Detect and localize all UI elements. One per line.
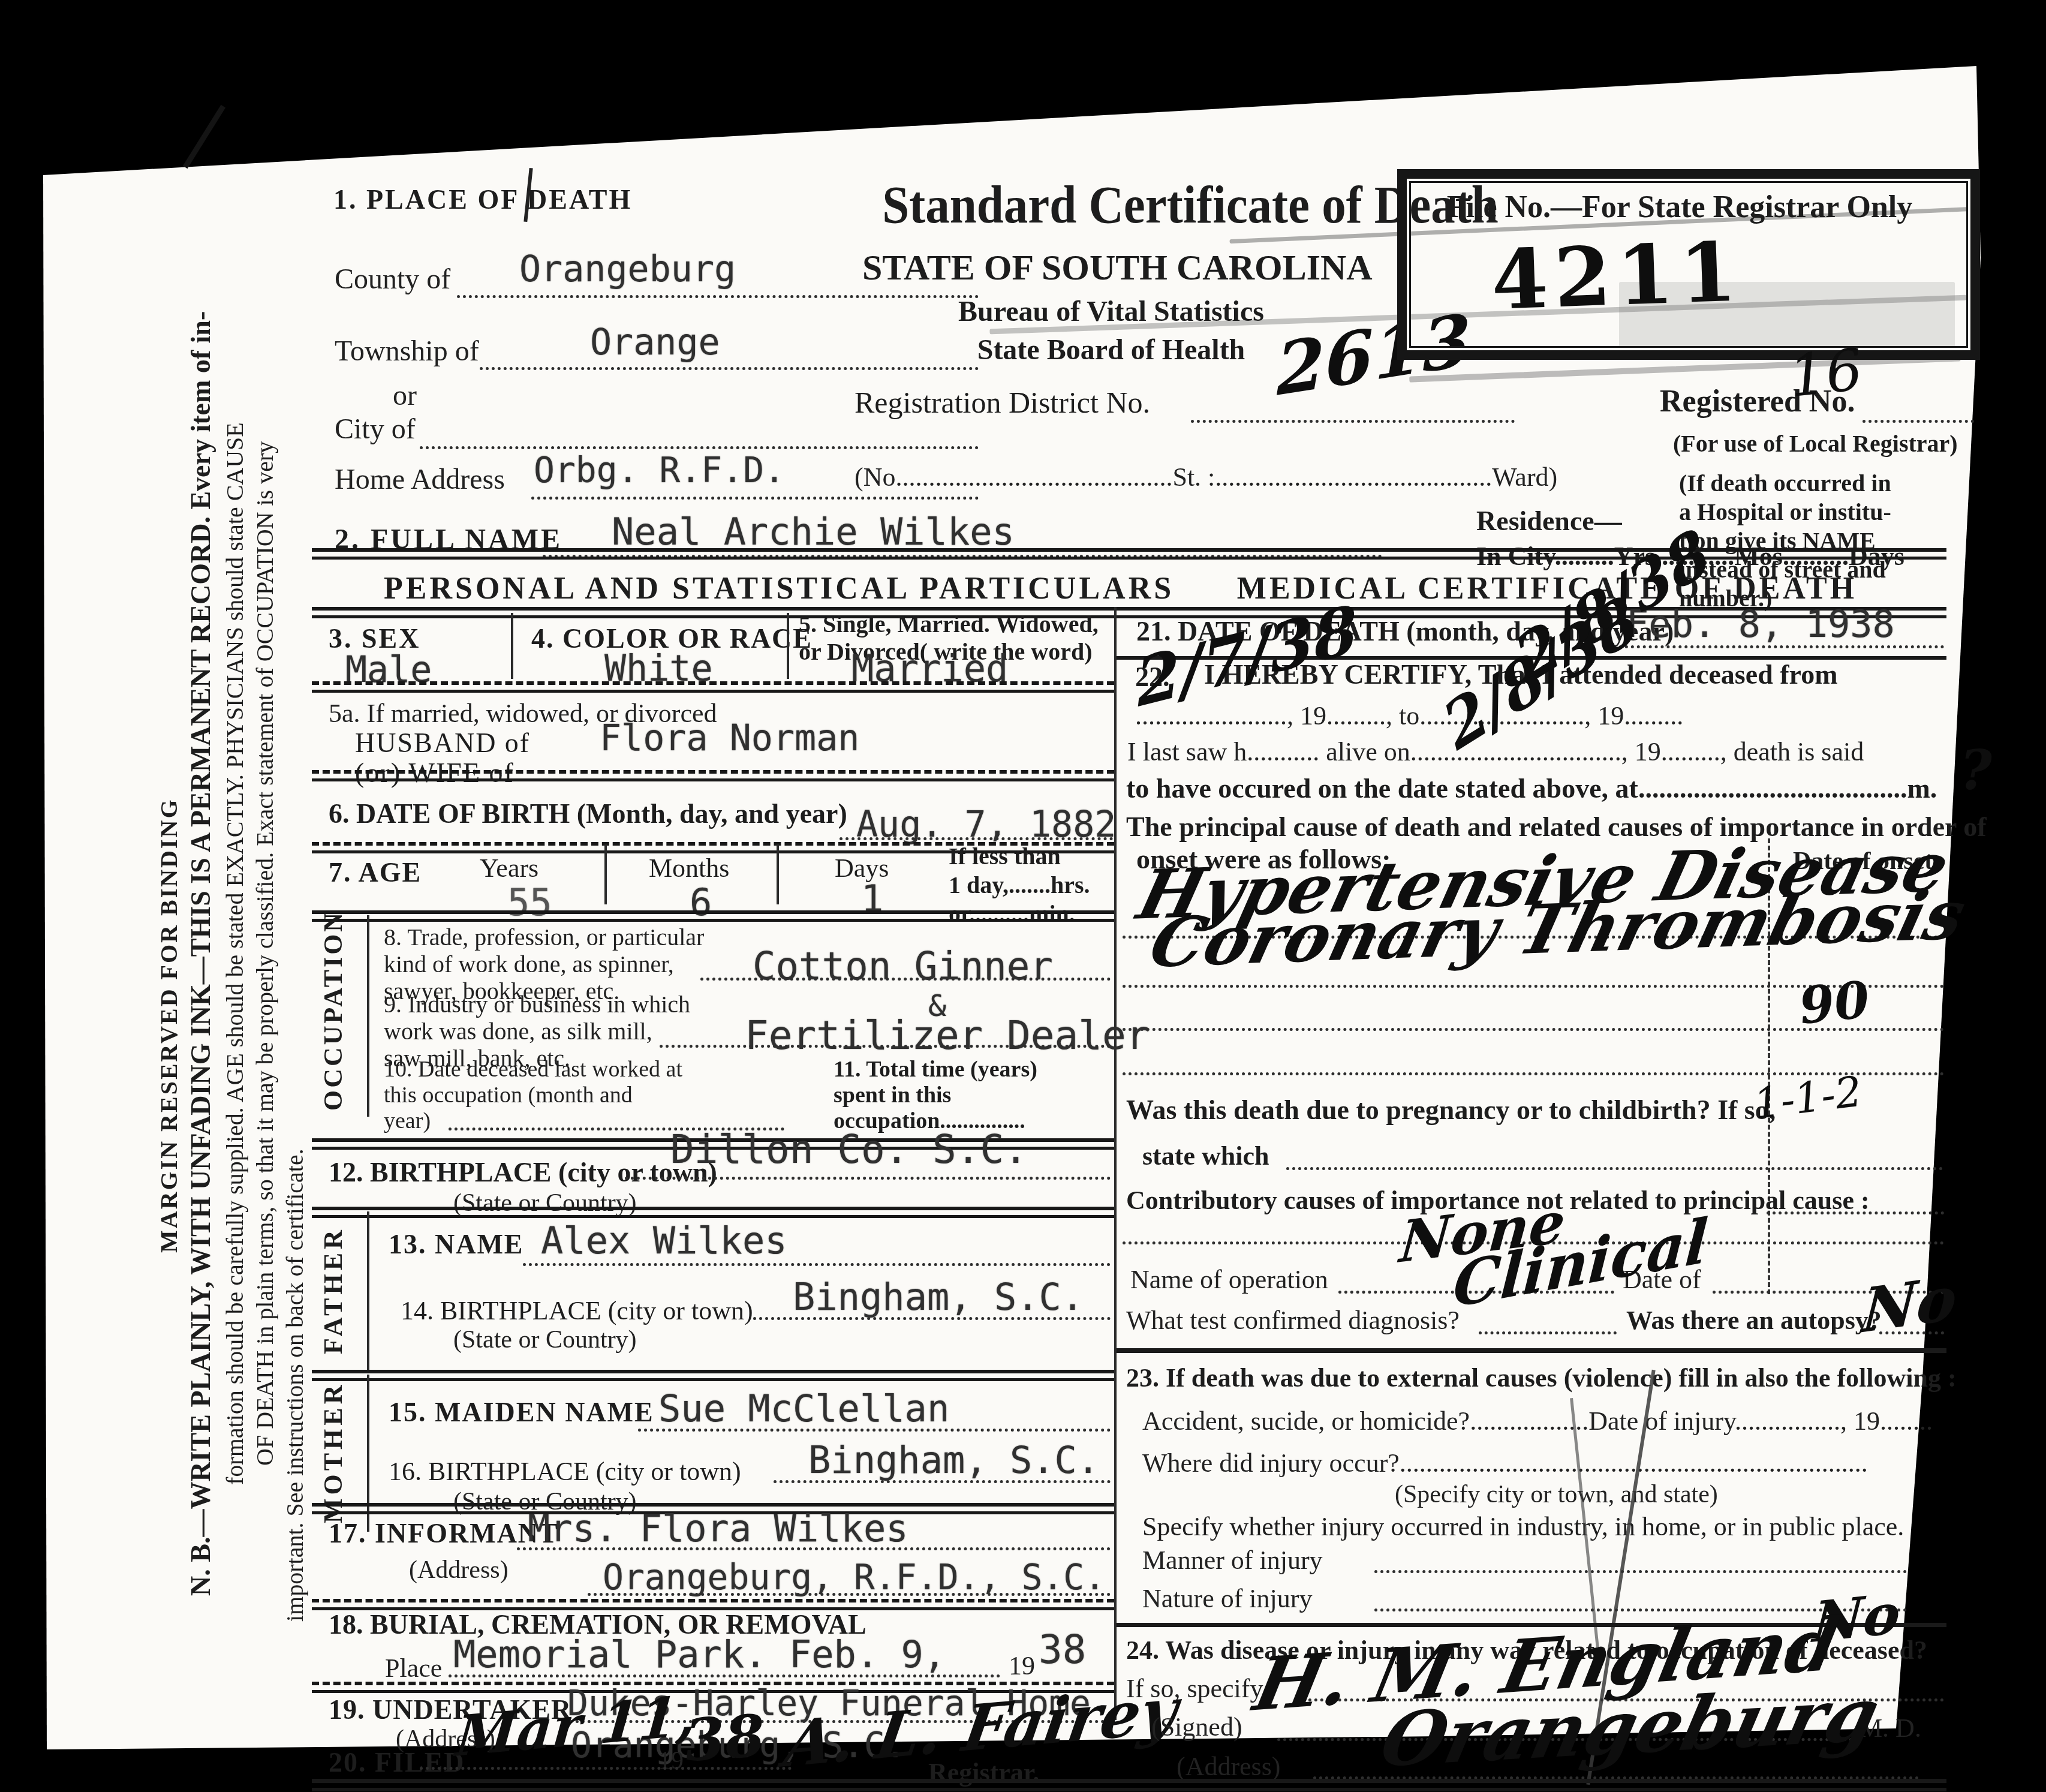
father-bp-sub: (State or Country) xyxy=(453,1325,637,1354)
filed-year-pre: 19 xyxy=(658,1746,684,1775)
county-label: County of xyxy=(335,263,450,296)
margin-note-line4: important. See instructions on back of c… xyxy=(281,1014,312,1757)
dotted-line xyxy=(625,1177,1111,1180)
autopsy-label: Was there an autopsy? xyxy=(1626,1305,1882,1336)
place-of-death-heading: 1. PLACE OF DEATH xyxy=(333,184,632,215)
dotted-line xyxy=(523,1263,1111,1266)
address-label: (Address) xyxy=(1177,1751,1281,1782)
rule xyxy=(1117,1348,1946,1353)
specify-whether-line: Specify whether injury occurred in indus… xyxy=(1142,1511,1904,1542)
certificate-title: Standard Certificate of Death xyxy=(882,175,1340,236)
dotted-line xyxy=(531,497,979,500)
residence-label: Residence— xyxy=(1476,505,1622,537)
dotted-line xyxy=(1479,1331,1617,1334)
section-title-medical: MEDICAL CERTIFICATE OF DEATH xyxy=(1193,571,1901,606)
informant-addr-label: (Address) xyxy=(409,1556,509,1584)
township-value: Orange xyxy=(590,321,720,363)
dotted-line xyxy=(753,1317,1111,1320)
father-name-value: Alex Wilkes xyxy=(541,1219,787,1262)
operation-label: Name of operation xyxy=(1130,1264,1328,1295)
informant-value: Mrs. Flora Wilkes xyxy=(528,1507,908,1550)
dotted-line xyxy=(774,1480,1111,1483)
rule xyxy=(312,1779,1946,1791)
dotted-line xyxy=(588,1593,1111,1596)
registration-district-label: Registration District No. xyxy=(854,385,1150,420)
occured-line: to have occured on the date stated above… xyxy=(1126,772,1937,804)
signed-label: (Signed) xyxy=(1151,1712,1242,1742)
dotted-line xyxy=(638,1429,1111,1432)
pregnancy-question: Was this death due to pregnancy or to ch… xyxy=(1126,1094,1776,1126)
margin-note-binding: MARGIN RESERVED FOR BINDING xyxy=(155,756,187,1295)
file-number-label: File No.—For State Registrar Only xyxy=(1413,190,1946,225)
dotted-line xyxy=(1767,1211,1944,1214)
cell-divider xyxy=(777,844,779,904)
cell-divider xyxy=(511,613,513,679)
father-name-label: 13. NAME xyxy=(389,1228,524,1260)
rule xyxy=(312,770,1114,781)
dotted-line xyxy=(1863,420,1974,423)
trade-value: Cotton Ginner xyxy=(753,945,1053,989)
dotted-line xyxy=(660,1045,1111,1048)
section-title-personal: PERSONAL AND STATISTICAL PARTICULARS xyxy=(384,571,1043,606)
nature-of-injury-label: Nature of injury xyxy=(1142,1583,1312,1614)
mother-bp-value: Bingham, S.C. xyxy=(808,1438,1099,1482)
home-address-value: Orbg. R.F.D. xyxy=(534,450,785,491)
dotted-line xyxy=(517,1547,1111,1550)
husband-of-label: HUSBAND of xyxy=(355,727,530,759)
burial-year-pre: 19 xyxy=(1009,1650,1035,1681)
margin-note-line3: OF DEATH in plain terms, so that it may … xyxy=(251,150,282,1757)
certificate-state: STATE OF SOUTH CAROLINA xyxy=(862,247,1360,288)
burial-year-value: 38 xyxy=(1039,1626,1086,1673)
burial-place-label: Place xyxy=(385,1653,442,1683)
test-confirmed-label: What test confirmed diagnosis? xyxy=(1126,1305,1460,1336)
accident-line: Accident, sucide, or homicide?..........… xyxy=(1142,1406,1933,1436)
margin-note-line1: N. B.—WRITE PLAINLY, WITH UNFADING INK—T… xyxy=(185,150,222,1757)
dotted-line xyxy=(420,446,979,449)
dotted-line xyxy=(1286,1167,1943,1170)
industry-value: Fertilizer Dealer xyxy=(745,1012,1150,1059)
father-bp-value: Bingham, S.C. xyxy=(793,1275,1084,1319)
local-registrar-note: (For use of Local Registrar) xyxy=(1673,429,1958,458)
age-label: 7. AGE xyxy=(329,856,422,888)
father-bp-label: 14. BIRTHPLACE (city or town) xyxy=(401,1295,753,1326)
dob-label: 6. DATE OF BIRTH (Month, day, and year) xyxy=(329,798,847,829)
dotted-line xyxy=(1191,420,1515,423)
dob-value: Aug. 7, 1882 xyxy=(856,804,1116,846)
informant-label: 17. INFORMANT xyxy=(329,1517,559,1549)
rule xyxy=(312,681,1114,693)
item11-label: 11. Total time (years) spent in this occ… xyxy=(834,1057,1037,1134)
rule xyxy=(312,1207,1114,1218)
street-ward-line: (No.....................................… xyxy=(854,462,1557,492)
margin-note-line2: formation should be carefully supplied. … xyxy=(221,150,252,1757)
mother-name-label: 15. MAIDEN NAME xyxy=(389,1396,654,1428)
birthplace-value: Dillon Co. S.C. xyxy=(670,1126,1028,1172)
age-years-label: Years xyxy=(480,853,538,883)
column-divider xyxy=(1114,607,1117,1720)
question-mark: ? xyxy=(1960,738,1992,802)
occupation-inner-rule xyxy=(367,915,369,1117)
file-number-value: 4211 xyxy=(1490,224,1744,329)
registered-no-value: 16 xyxy=(1786,336,1866,410)
dotted-line xyxy=(1374,1570,1907,1573)
if-so-specify-label: If so, specify xyxy=(1126,1673,1263,1704)
state-which-label: state which xyxy=(1142,1141,1269,1171)
specify-city-note: (Specify city or town, and state) xyxy=(1395,1480,1718,1509)
manner-of-injury-label: Manner of injury xyxy=(1142,1545,1323,1575)
spouse-value: Flora Norman xyxy=(600,717,859,759)
father-side-label: FATHER xyxy=(318,1225,351,1357)
county-value: Orangeburg xyxy=(519,248,736,290)
cell-divider xyxy=(787,613,789,679)
burial-value: Memorial Park. Feb. 9, xyxy=(453,1632,946,1676)
dotted-line xyxy=(449,1674,1000,1677)
onset-value-1: 90 xyxy=(1797,969,1873,1036)
scanned-death-certificate: MARGIN RESERVED FOR BINDING N. B.—WRITE … xyxy=(0,0,2046,1792)
township-label: Township of xyxy=(335,335,479,368)
mother-bp-label: 16. BIRTHPLACE (city or town) xyxy=(389,1456,741,1487)
home-address-label: Home Address xyxy=(335,463,505,496)
where-injury-line: Where did injury occur?.................… xyxy=(1142,1448,1868,1478)
autopsy-value: No xyxy=(1860,1262,1959,1347)
informant-addr-value: Orangeburg, R.F.D., S.C. xyxy=(603,1557,1105,1598)
certify-date-line: ......................., 19........., to… xyxy=(1135,700,1683,731)
filed-year-value: 38 xyxy=(682,1701,767,1775)
item23-header: 23. If death was due to external causes … xyxy=(1126,1363,1957,1393)
cell-divider xyxy=(604,844,607,904)
rule xyxy=(312,910,1114,922)
birthplace-label: 12. BIRTHPLACE (city or town) xyxy=(329,1156,717,1188)
father-inner-rule xyxy=(367,1211,369,1370)
dotted-line xyxy=(420,1767,792,1770)
mother-name-value: Sue McClellan xyxy=(658,1387,949,1430)
full-name-value: Neal Archie Wilkes xyxy=(612,510,1015,554)
city-label: City of xyxy=(335,413,416,446)
or-label: or xyxy=(393,379,417,412)
dotted-line xyxy=(1613,645,1944,648)
filed-label: 20. FILED xyxy=(329,1746,465,1778)
rule xyxy=(312,1370,1114,1381)
occupation-side-label: OCCUPATION xyxy=(318,931,351,1111)
age-months-label: Months xyxy=(649,853,729,883)
dotted-line xyxy=(480,367,979,370)
item10-label: 10. Date deceased last worked at this oc… xyxy=(384,1057,682,1134)
certificate-bureau: Bureau of Vital Statistics xyxy=(862,295,1360,328)
